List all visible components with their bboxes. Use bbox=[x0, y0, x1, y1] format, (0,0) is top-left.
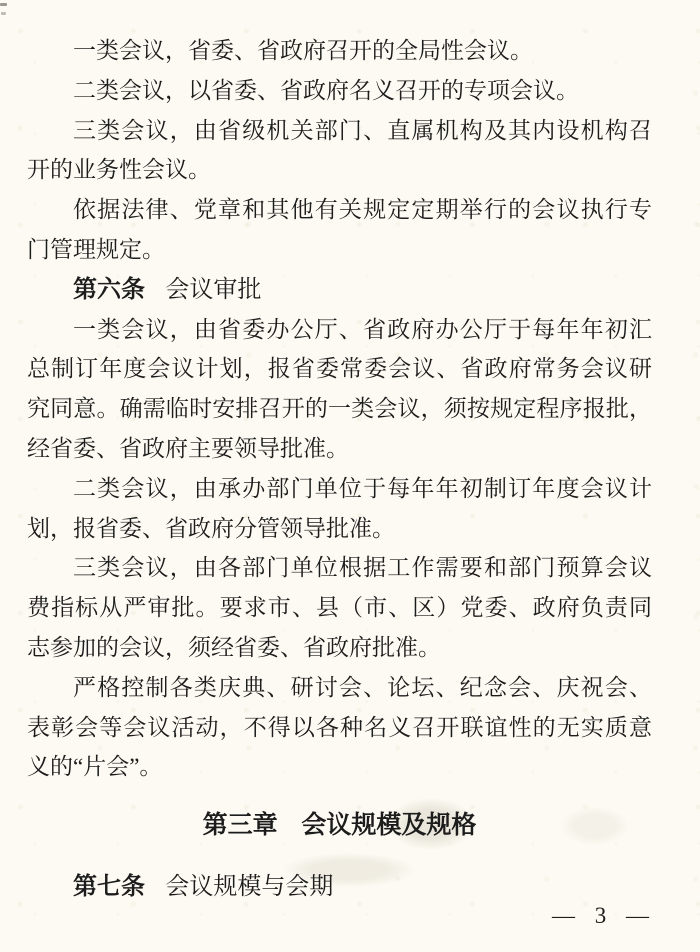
body-line: 依据法律、党章和其他有关规定定期举行的会议执行专 bbox=[27, 190, 652, 230]
body-line: 费指标从严审批。要求市、县（市、区）党委、政府负责同 bbox=[27, 588, 652, 628]
body-line: 严格控制各类庆典、研讨会、论坛、纪念会、庆祝会、 bbox=[27, 668, 652, 708]
body-line: 究同意。确需临时安排召开的一类会议，须按规定程序报批， bbox=[27, 389, 652, 429]
body-line: 三类会议，由省级机关部门、直属机构及其内设机构召 bbox=[27, 111, 652, 151]
chapter-number: 第三章 bbox=[203, 811, 278, 839]
body-line: 总制订年度会议计划，报省委常委会议、省政府常务会议研 bbox=[27, 349, 652, 389]
body-line: 二类会议，由承办部门单位于每年年初制订年度会议计 bbox=[27, 469, 652, 509]
body-line: 义的“片会”。 bbox=[27, 747, 652, 787]
chapter-title: 会议规模及规格 bbox=[301, 811, 476, 839]
body-line: 三类会议，由各部门单位根据工作需要和部门预算会议 bbox=[27, 548, 652, 588]
text-block: 一类会议，省委、省政府召开的全局性会议。二类会议，以省委、省政府名义召开的专项会… bbox=[27, 31, 652, 907]
document-page: 一类会议，省委、省政府召开的全局性会议。二类会议，以省委、省政府名义召开的专项会… bbox=[0, 0, 700, 952]
page-number: — 3 — bbox=[552, 903, 656, 929]
body-line: 志参加的会议，须经省委、省政府批准。 bbox=[27, 628, 652, 668]
body-line: 经省委、省政府主要领导批准。 bbox=[27, 429, 652, 469]
body-line: 门管理规定。 bbox=[27, 230, 652, 270]
article-number: 第七条 bbox=[73, 873, 145, 900]
body-line: 表彰会等会议活动，不得以各种名义召开联谊性的无实质意 bbox=[27, 708, 652, 748]
article-heading: 第六条会议审批 bbox=[27, 270, 652, 310]
article-title: 会议审批 bbox=[165, 277, 261, 303]
chapter-heading: 第三章会议规模及规格 bbox=[27, 805, 652, 845]
body-line: 划，报省委、省政府分管领导批准。 bbox=[27, 509, 652, 549]
scan-speck bbox=[0, 3, 7, 6]
scan-speck bbox=[1, 12, 6, 15]
article-number: 第六条 bbox=[73, 276, 145, 303]
body-line: 二类会议，以省委、省政府名义召开的专项会议。 bbox=[27, 71, 652, 111]
article-heading: 第七条会议规模与会期 bbox=[27, 867, 652, 907]
body-line: 一类会议，由省委办公厅、省政府办公厅于每年年初汇 bbox=[27, 310, 652, 350]
body-line: 开的业务性会议。 bbox=[27, 150, 652, 190]
body-line: 一类会议，省委、省政府召开的全局性会议。 bbox=[27, 31, 652, 71]
article-title: 会议规模与会期 bbox=[165, 874, 333, 900]
